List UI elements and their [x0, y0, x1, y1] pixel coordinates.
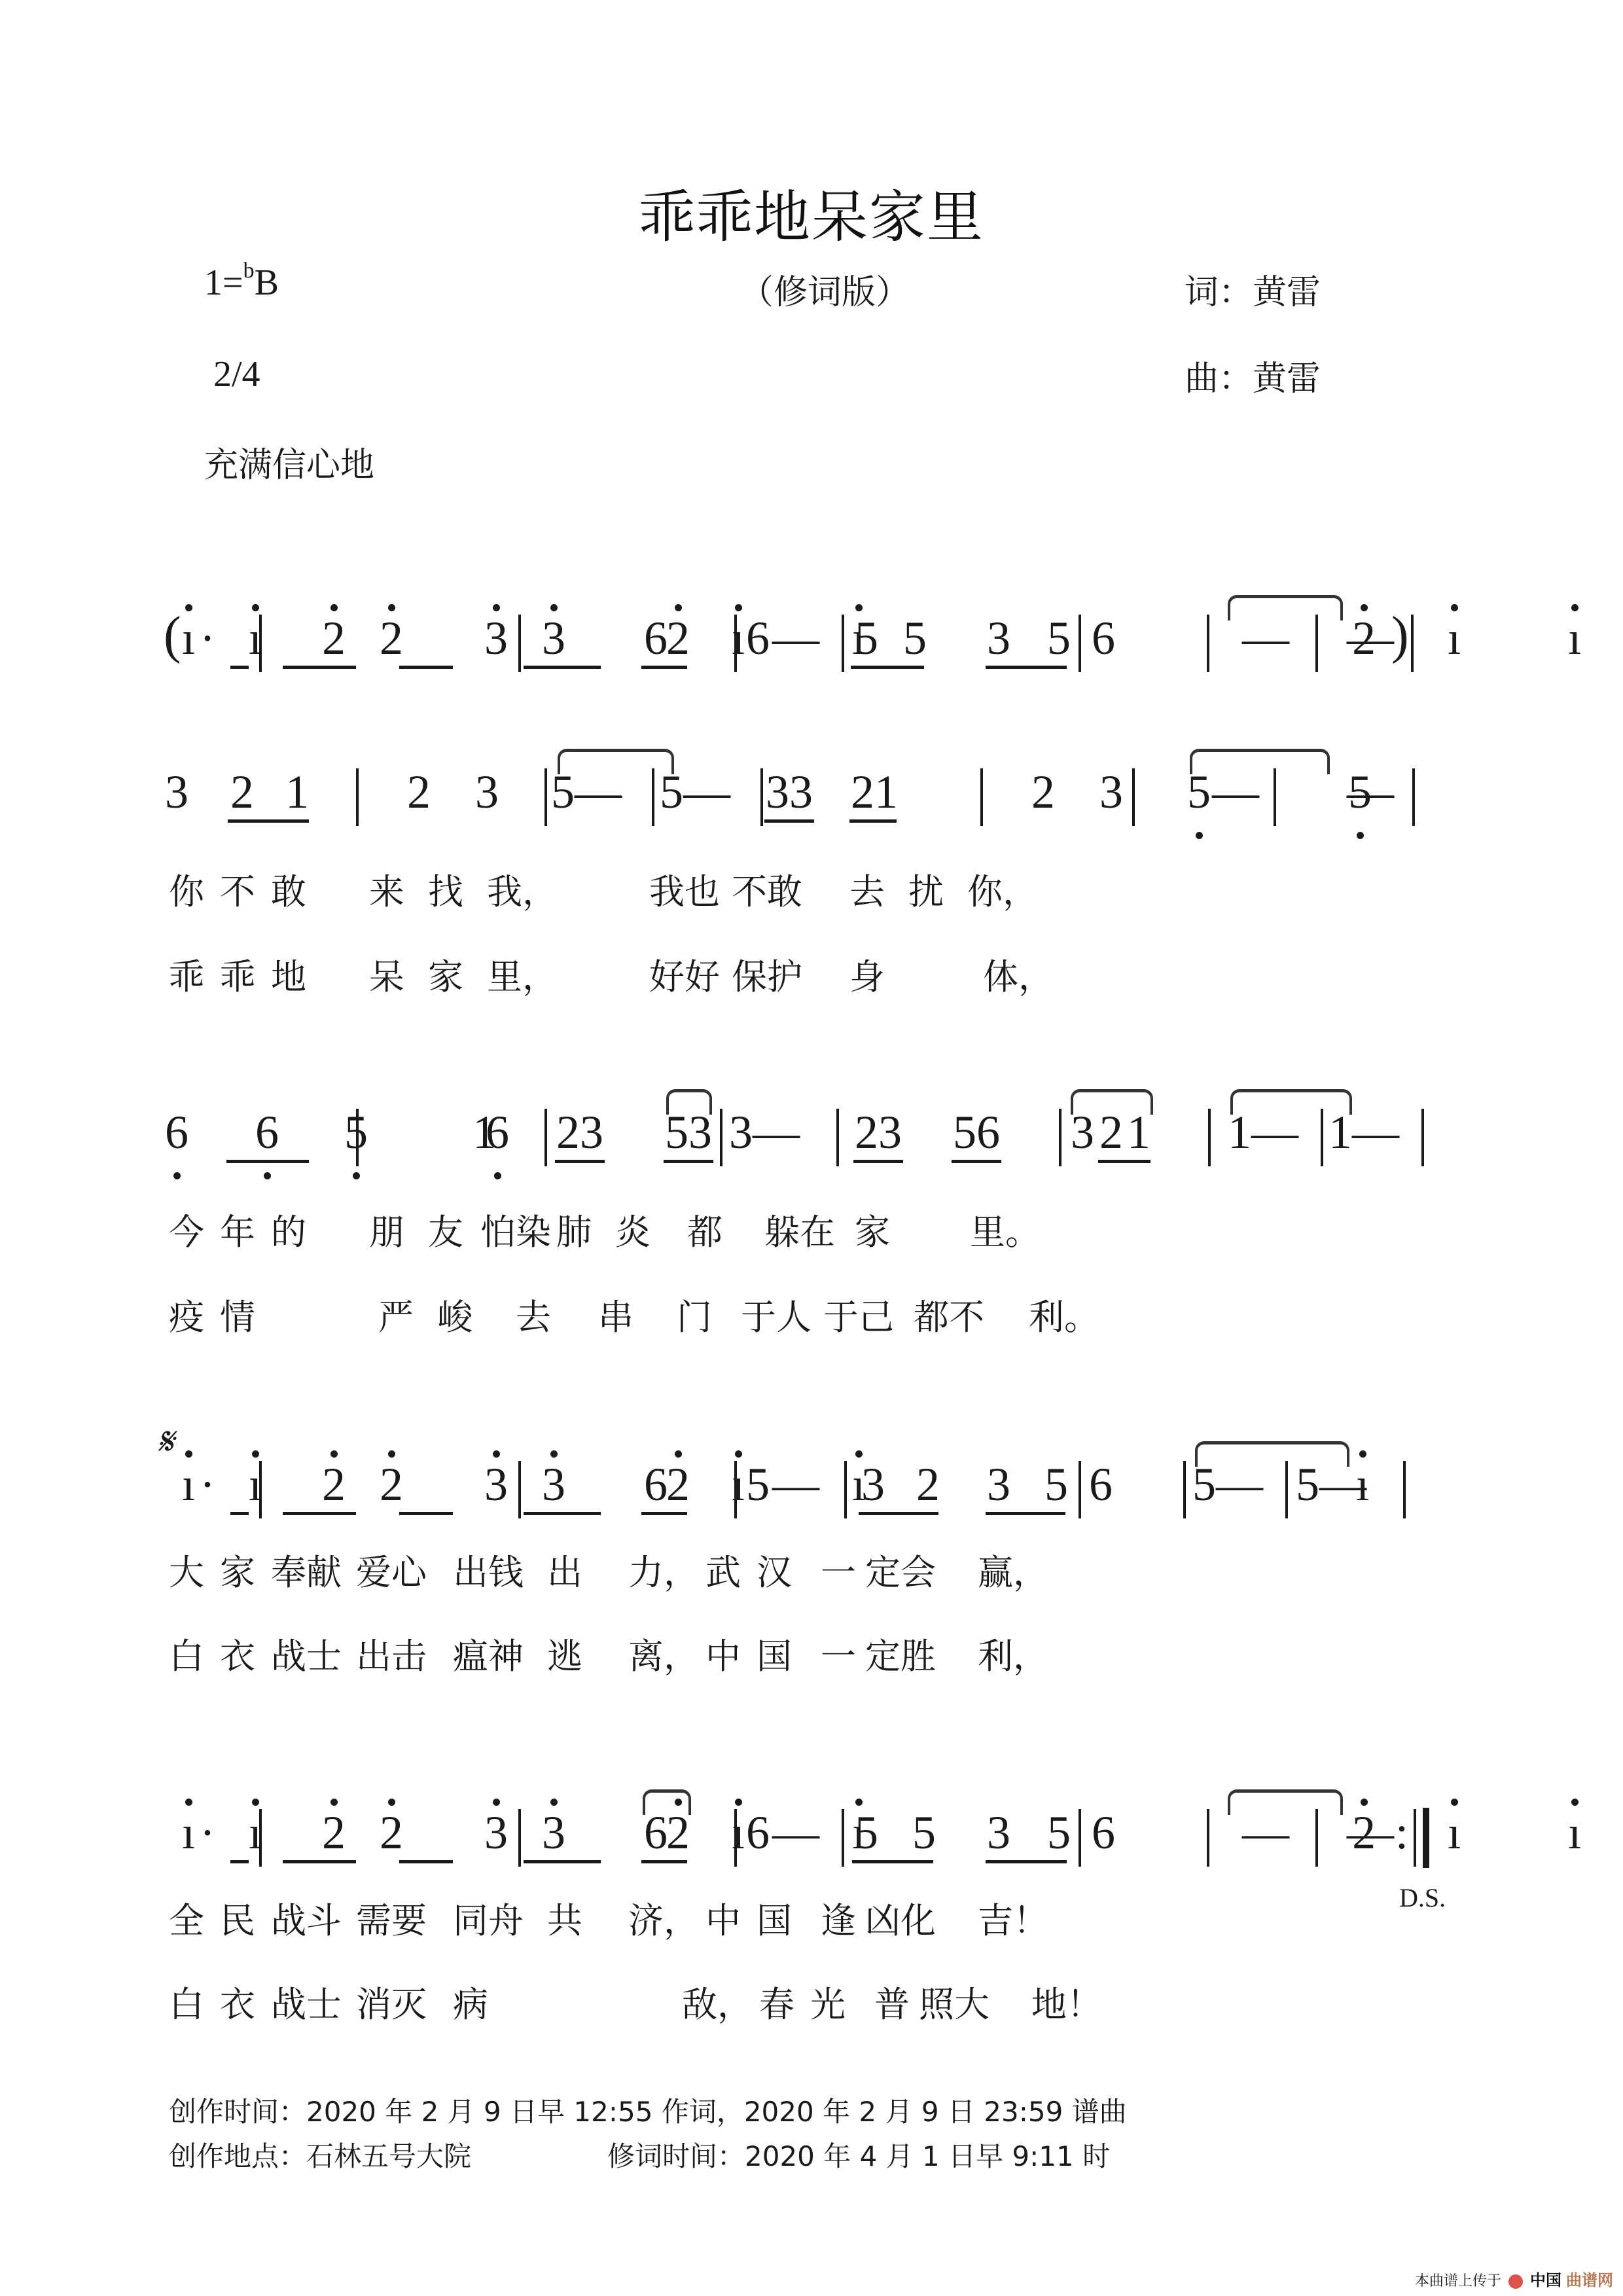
barline [1079, 1809, 1081, 1867]
dash: — [1212, 759, 1259, 825]
note: ı [182, 605, 195, 671]
note: 3 [766, 759, 789, 825]
watermark-brand-cn: 中国 [1530, 2271, 1561, 2289]
underline [851, 666, 924, 669]
creation-time: 创作时间：2020 年 2 月 9 日早 12:55 作词，2020 年 2 月… [169, 2090, 1127, 2130]
note: ı [182, 1800, 195, 1865]
underline [283, 1860, 356, 1863]
lyric-line-2-2: 疫情严峻去串门于人于己都不利。 [169, 1295, 1099, 1340]
underline [859, 1512, 938, 1515]
barline [1059, 1109, 1061, 1166]
underline [283, 666, 356, 669]
barline [1132, 768, 1135, 826]
dash: — [575, 759, 622, 825]
dash: — [1347, 759, 1394, 825]
underline [555, 1160, 605, 1163]
barline [356, 768, 359, 826]
note: 5 [660, 759, 683, 825]
note: 6 [976, 1100, 1000, 1165]
underline [399, 1512, 453, 1515]
dash: — [1216, 1452, 1263, 1517]
underline [524, 1512, 601, 1515]
note: 3 [484, 605, 508, 671]
key-prefix: 1= [204, 262, 243, 303]
note: 1 [1127, 1100, 1150, 1165]
note: ı [1568, 1800, 1581, 1865]
note: 3 [729, 1100, 753, 1165]
note: 2 [1031, 759, 1055, 825]
dash: — [753, 1100, 800, 1165]
barline [1403, 1461, 1406, 1518]
note: 5 [912, 1800, 936, 1865]
barline [734, 1809, 737, 1867]
note: 6 [1092, 1800, 1115, 1865]
notation-row-chorus-b: ı · ı 2 2 3 3 2 ı 6 ı 6 — 5 5 3 5 6 2 ı … [0, 1800, 1623, 1892]
underline [283, 1512, 356, 1515]
note: 2 [322, 605, 346, 671]
note: 3 [1099, 759, 1123, 825]
underline [986, 1512, 1065, 1515]
note: 6 [644, 1800, 668, 1865]
note: ı [1568, 605, 1581, 671]
underline [399, 1860, 453, 1863]
note: 3 [1071, 1100, 1094, 1165]
augmentation-dot: · [200, 1800, 215, 1865]
note: 2 [666, 605, 690, 671]
key-note: B [255, 262, 279, 303]
song-title: 乖乖地呆家里 [0, 171, 1623, 253]
barline [544, 768, 547, 826]
barline [259, 615, 262, 672]
dash: — [772, 1452, 819, 1517]
barline [980, 768, 983, 826]
barline [842, 615, 844, 672]
note: 1 [874, 759, 898, 825]
barline [842, 1809, 844, 1867]
note: 6 [746, 605, 770, 671]
underline [852, 1860, 933, 1863]
note: 2 [380, 605, 403, 671]
note: 5 [1047, 1800, 1071, 1865]
barline [518, 1461, 521, 1518]
note: 3 [475, 759, 499, 825]
notation-row-intro: ( ı · ı 2 2 3 3 2 ı 6 ı 6 — 5 5 3 5 6 2 … [0, 605, 1623, 697]
lyric-line-2-1: 今年的朋友怕染肺炎都躲在家里。 [169, 1210, 1041, 1255]
dash: — [1251, 1100, 1298, 1165]
note: 2 [322, 1800, 346, 1865]
barline [259, 1461, 262, 1518]
note: ı [182, 1452, 195, 1517]
lyric-line-4-2: 白衣战士消灭病敌，春光普照大地！ [169, 1982, 1102, 2028]
composer-credit: 曲：黄雷 [1185, 351, 1321, 400]
underline [849, 819, 897, 823]
augmentation-dot: · [200, 1452, 215, 1517]
version-label: （修词版） [740, 264, 910, 314]
site-logo-icon [1508, 2274, 1523, 2289]
lyric-line-3-1: 大家奉献爱心出钱出力，武汉一定会赢， [169, 1550, 1048, 1596]
note: 6 [1092, 605, 1115, 671]
barline [1315, 1809, 1318, 1867]
lyric-line-3-2: 白衣战士出击瘟神逃离，中国一定胜利， [169, 1634, 1048, 1679]
barline [1208, 1109, 1211, 1166]
dash: — [1242, 605, 1289, 671]
note: ı [1448, 1800, 1461, 1865]
underline [853, 1160, 903, 1163]
dash: — [772, 605, 819, 671]
dash: — [772, 1800, 819, 1865]
underline [664, 1160, 713, 1163]
key-signature: 1=bB [204, 262, 279, 304]
barline [1411, 615, 1414, 672]
barline [518, 615, 521, 672]
note: 5 [665, 1100, 688, 1165]
barline [259, 1809, 262, 1867]
underline [524, 666, 601, 669]
underline [230, 1512, 249, 1515]
note: 3 [987, 1800, 1010, 1865]
note: 5 [1044, 1452, 1068, 1517]
note: 2 [1099, 1100, 1123, 1165]
barline [1207, 1809, 1209, 1867]
watermark-brand-name: 曲谱网 [1566, 2271, 1613, 2289]
note: 3 [542, 1452, 565, 1517]
note: 5 [746, 1452, 770, 1517]
barline [356, 1109, 359, 1166]
note: 2 [230, 759, 254, 825]
upload-watermark: 本曲谱上传于 中国 曲谱网 [1415, 2267, 1613, 2290]
note: 3 [688, 1100, 712, 1165]
note: 5 [855, 605, 878, 671]
barline [734, 1461, 737, 1518]
underline [228, 819, 309, 823]
note: 3 [987, 605, 1010, 671]
revision-time: 修词时间：2020 年 4 月 1 日早 9:11 时 [607, 2135, 1110, 2174]
note: 5 [855, 1800, 878, 1865]
notation-row-verse-b: 6 6 5 6 1 2 3 5 3 3 — 2 3 5 6 3 2 1 1 — … [0, 1100, 1623, 1191]
barline [720, 1109, 722, 1166]
underline [952, 1160, 1001, 1163]
note: 6 [165, 1100, 188, 1165]
barline [1315, 615, 1318, 672]
barline [1412, 768, 1415, 826]
barline [1079, 1461, 1081, 1518]
barline [652, 768, 654, 826]
underline [764, 819, 814, 823]
dash: — [1352, 1100, 1399, 1165]
note: 5 [1047, 605, 1071, 671]
note: 1 [1329, 1100, 1352, 1165]
note: 5 [903, 605, 927, 671]
underline [986, 1860, 1067, 1863]
underline [230, 666, 249, 669]
note: 5 [1296, 1452, 1319, 1517]
barline [844, 1461, 847, 1518]
lyric-line-1-1: 你不敢来找我，我也不敢去扰你， [169, 869, 1038, 915]
dash: — [1242, 1800, 1289, 1865]
note: 3 [542, 1800, 565, 1865]
underline [399, 666, 453, 669]
note: 2 [556, 1100, 580, 1165]
note: 6 [255, 1100, 279, 1165]
note: 6 [1089, 1452, 1113, 1517]
note: 1 [473, 1100, 496, 1165]
note: 3 [861, 1452, 885, 1517]
barline [1183, 1461, 1186, 1518]
note: 2 [851, 759, 874, 825]
note: 6 [644, 605, 668, 671]
underline [641, 1512, 687, 1515]
close-paren: ) [1391, 603, 1409, 668]
augmentation-dot: · [200, 605, 215, 671]
note: 3 [987, 1452, 1010, 1517]
lyric-line-1-2: 乖乖地呆家里，好好保护身体， [169, 954, 1054, 1000]
barline [1285, 1461, 1288, 1518]
note: 2 [666, 1452, 690, 1517]
note: 5 [1187, 759, 1211, 825]
creation-place: 创作地点：石林五号大院 [169, 2135, 471, 2174]
note: 5 [953, 1100, 976, 1165]
watermark-prefix: 本曲谱上传于 [1415, 2273, 1501, 2289]
note: 3 [165, 759, 188, 825]
barline [1421, 1109, 1424, 1166]
note: 2 [380, 1452, 403, 1517]
note: 3 [542, 605, 565, 671]
barline [1321, 1109, 1323, 1166]
note: 2 [380, 1800, 403, 1865]
barline [734, 615, 737, 672]
notation-row-chorus-a: ı · ı 2 2 3 3 2 ı 6 ı 5 — 3 2 3 5 6 ı 5 … [0, 1452, 1623, 1543]
underline [230, 1860, 249, 1863]
note: 5 [1192, 1452, 1216, 1517]
final-barline [1423, 1808, 1429, 1868]
note: 6 [644, 1452, 668, 1517]
flat-symbol: b [243, 259, 255, 283]
barline [760, 768, 763, 826]
underline [524, 1860, 601, 1863]
note: 2 [407, 759, 431, 825]
note: 3 [789, 759, 813, 825]
barline [1079, 615, 1081, 672]
note: 3 [484, 1800, 508, 1865]
ds-marking: D.S. [1399, 1882, 1446, 1913]
time-signature: 2/4 [213, 353, 260, 395]
note: 2 [855, 1100, 878, 1165]
barline [1274, 768, 1276, 826]
note: 1 [1228, 1100, 1251, 1165]
barline [544, 1109, 547, 1166]
repeat-dots: : [1395, 1800, 1408, 1865]
lyricist-credit: 词：黄雷 [1185, 264, 1321, 314]
notation-row-verse-a: 3 2 1 2 3 5 — 5 — 3 3 2 1 2 3 5 — 5 — [0, 759, 1623, 851]
note: 3 [580, 1100, 603, 1165]
dash: — [1319, 1452, 1366, 1517]
underline [641, 1860, 687, 1863]
barline [1414, 1809, 1416, 1867]
note: 5 [551, 759, 575, 825]
tie [1190, 749, 1330, 774]
open-paren: ( [164, 603, 181, 668]
barline [836, 1109, 839, 1166]
underline [226, 1160, 309, 1163]
note: 1 [285, 759, 309, 825]
note: 2 [916, 1452, 940, 1517]
underline [1098, 1160, 1150, 1163]
barline [1207, 615, 1209, 672]
dash: — [1347, 1800, 1394, 1865]
note: 3 [878, 1100, 902, 1165]
note: ı [1448, 605, 1461, 671]
note: 3 [484, 1452, 508, 1517]
lyric-line-4-1: 全民战斗需要同舟共济，中国逢凶化吉！ [169, 1898, 1048, 1944]
tempo-marking: 充满信心地 [204, 437, 374, 486]
underline [986, 666, 1067, 669]
note: 2 [322, 1452, 346, 1517]
dash: — [683, 759, 730, 825]
barline [518, 1809, 521, 1867]
dash: — [1347, 605, 1394, 671]
underline [641, 666, 687, 669]
note: 6 [746, 1800, 770, 1865]
